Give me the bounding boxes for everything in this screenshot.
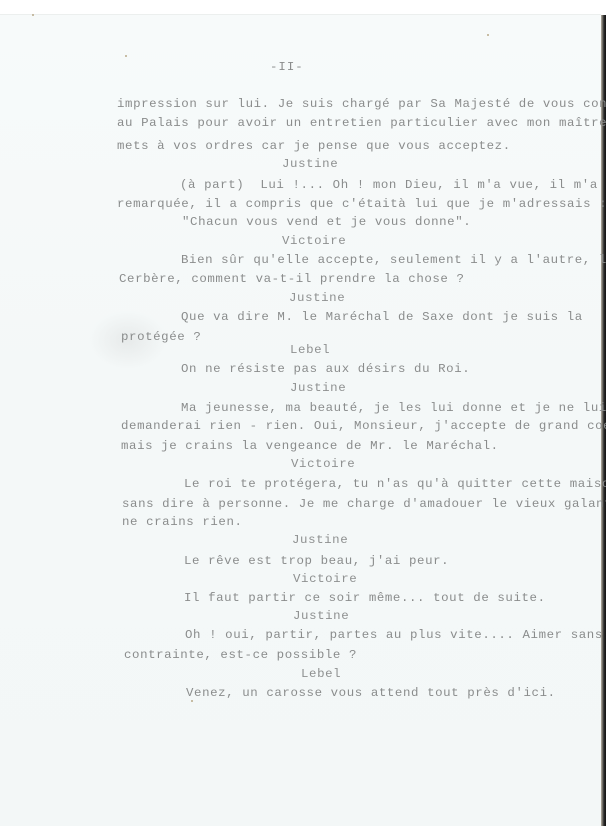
speaker-name: Justine (282, 157, 338, 171)
text-line: contrainte, est-ce possible ? (124, 648, 357, 662)
text-line: "Chacun vous vend et je vous donne". (182, 215, 471, 229)
text-line: Il faut partir ce soir même... tout de s… (184, 591, 546, 605)
speaker-name: Victoire (291, 457, 355, 471)
text-line: au Palais pour avoir un entretien partic… (117, 116, 606, 130)
paper-speck (191, 700, 193, 702)
paper-speck (125, 55, 127, 57)
speaker-name: Justine (289, 291, 345, 305)
text-line: mais je crains la vengeance de Mr. le Ma… (121, 439, 499, 453)
text-line: Que va dire M. le Maréchal de Saxe dont … (181, 310, 583, 324)
text-line: (à part) Lui !... Oh ! mon Dieu, il m'a … (180, 178, 598, 192)
paper-speck (487, 34, 489, 36)
speaker-name: Justine (290, 381, 346, 395)
speaker-name: Justine (292, 533, 348, 547)
text-line: Ma jeunesse, ma beauté, je les lui donne… (181, 401, 606, 415)
text-line: Bien sûr qu'elle accepte, seulement il y… (181, 253, 606, 267)
speaker-name: Lebel (301, 667, 341, 681)
text-line: Le rêve est trop beau, j'ai peur. (184, 554, 449, 568)
text-line: ne crains rien. (122, 515, 243, 529)
speaker-name: Victoire (293, 572, 357, 586)
speaker-name: Justine (293, 609, 349, 623)
text-line: demanderai rien - rien. Oui, Monsieur, j… (121, 419, 606, 433)
text-line: Cerbère, comment va-t-il prendre la chos… (119, 272, 465, 286)
speaker-name: Lebel (290, 343, 330, 357)
text-line: impression sur lui. Je suis chargé par S… (117, 97, 606, 111)
text-line: Oh ! oui, partir, partes au plus vite...… (185, 628, 603, 642)
speaker-name: Victoire (282, 234, 346, 248)
text-line: protégée ? (121, 330, 201, 344)
page-number: -II- (270, 60, 304, 74)
text-line: Venez, un carosse vous attend tout près … (186, 686, 556, 700)
text-line: mets à vos ordres car je pense que vous … (117, 139, 511, 153)
text-line: Le roi te protégera, tu n'as qu'à quitte… (184, 477, 606, 491)
text-line: remarquée, il a compris que c'étaità lui… (117, 197, 606, 211)
scan-top-border (0, 14, 601, 15)
text-line: sans dire à personne. Je me charge d'ama… (122, 497, 606, 511)
paper-speck (32, 14, 34, 16)
text-line: On ne résiste pas aux désirs du Roi. (181, 362, 470, 376)
